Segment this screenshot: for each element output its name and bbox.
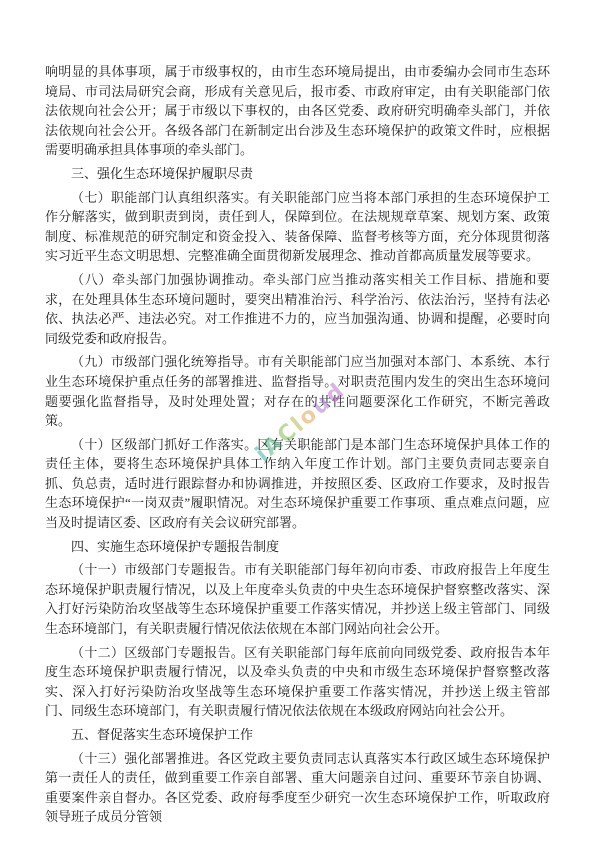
paragraph: （十二）区级部门专题报告。区有关职能部门每年底前向同级党委、政府报告本年度生态环…	[45, 643, 550, 721]
paragraph: （七）职能部门认真组织落实。有关职能部门应当将本部门承担的生态环境保护工作分解落…	[45, 188, 550, 266]
section-heading: 五、督促落实生态环境保护工作	[45, 725, 550, 745]
paragraph: （十）区级部门抓好工作落实。区有关职能部门是本部门生态环境保护具体工作的责任主体…	[45, 435, 550, 533]
document-page: 响明显的具体事项，属于市级事权的，由市生态环境局提出，由市委编办会同市生态环境局…	[0, 0, 595, 841]
paragraph: （十三）强化部署推进。各区党政主要负责同志认真落实本行政区域生态环境保护第一责任…	[45, 749, 550, 827]
paragraph: （九）市级部门强化统筹指导。市有关职能部门应当加强对本部门、本系统、本行业生态环…	[45, 352, 550, 430]
paragraph: 响明显的具体事项，属于市级事权的，由市生态环境局提出，由市委编办会同市生态环境局…	[45, 62, 550, 160]
paragraph: （十一）市级部门专题报告。市有关职能部门每年初向市委、市政府报告上年度生态环境保…	[45, 560, 550, 638]
page-content: 响明显的具体事项，属于市级事权的，由市生态环境局提出，由市委编办会同市生态环境局…	[45, 62, 550, 827]
section-heading: 四、实施生态环境保护专题报告制度	[45, 537, 550, 557]
section-heading: 三、强化生态环境保护履职尽责	[45, 164, 550, 184]
paragraph: （八）牵头部门加强协调推动。牵头部门应当推动落实相关工作目标、措施和要求，在处理…	[45, 270, 550, 348]
